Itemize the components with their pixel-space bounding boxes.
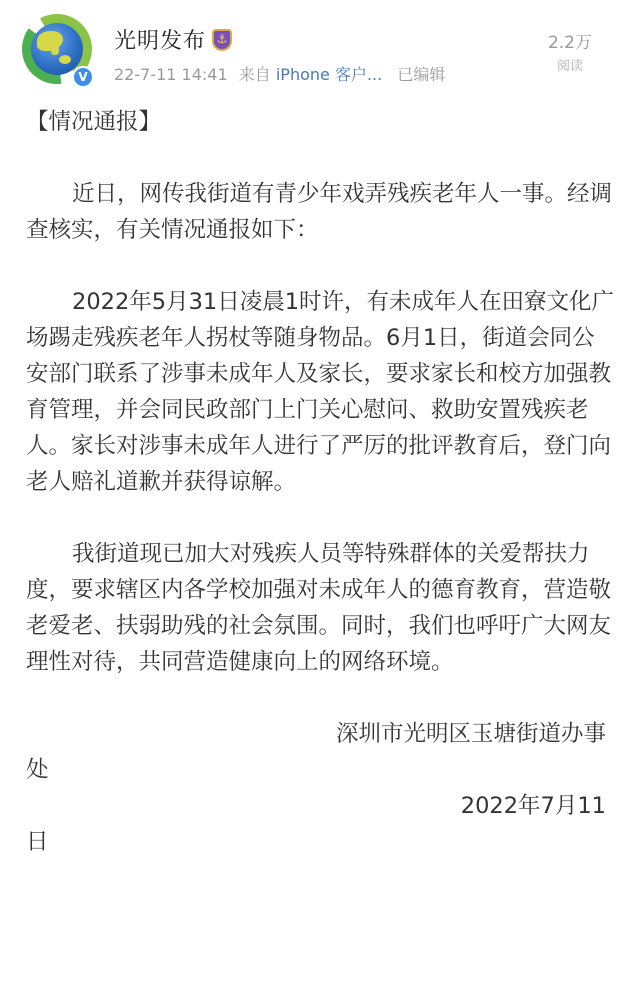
read-count-label: 阅读: [548, 55, 592, 74]
shield-anchor-badge-icon[interactable]: ⚓: [212, 29, 232, 51]
paragraph: 2022年5月31日凌晨1时许，有未成年人在田寮文化广场踢走残疾老年人拐杖等随身…: [26, 284, 616, 500]
author-row: 光明发布 ⚓: [114, 24, 232, 55]
signature-date-tail: 日: [26, 824, 616, 860]
paragraph: 我街道现已加大对残疾人员等特殊群体的关爱帮扶力度，要求辖区内各学校加强对未成年人…: [26, 536, 616, 680]
post-header: V 光明发布 ⚓ 22-7-11 14:41 来自 iPhone 客户... 已…: [0, 0, 640, 100]
globe-land: [51, 45, 59, 55]
post-body: 【情况通报】 近日，网传我街道有青少年戏弄残疾老年人一事。经调查核实，有关情况通…: [26, 104, 616, 860]
verified-v-icon: V: [72, 66, 94, 88]
post-time: 22-7-11 14:41: [114, 65, 228, 84]
paragraph: 近日，网传我街道有青少年戏弄残疾老年人一事。经调查核实，有关情况通报如下：: [26, 176, 616, 248]
post-title: 【情况通报】: [26, 104, 616, 140]
source-link[interactable]: iPhone 客户...: [276, 65, 382, 84]
read-count-value: 2.2万: [548, 28, 592, 53]
source-prefix: 来自: [239, 65, 271, 84]
author-name[interactable]: 光明发布: [114, 24, 206, 55]
avatar[interactable]: V: [22, 14, 94, 86]
globe-land: [59, 55, 71, 64]
read-count: 2.2万 阅读: [548, 28, 592, 74]
edited-label[interactable]: 已编辑: [397, 65, 445, 84]
signature-date: 2022年7月11: [26, 788, 616, 824]
signature-org-tail: 处: [26, 752, 616, 788]
globe-icon: [31, 23, 83, 75]
globe-land: [37, 31, 63, 51]
signature-org: 深圳市光明区玉塘街道办事: [26, 716, 616, 752]
post-meta: 22-7-11 14:41 来自 iPhone 客户... 已编辑: [114, 62, 445, 85]
